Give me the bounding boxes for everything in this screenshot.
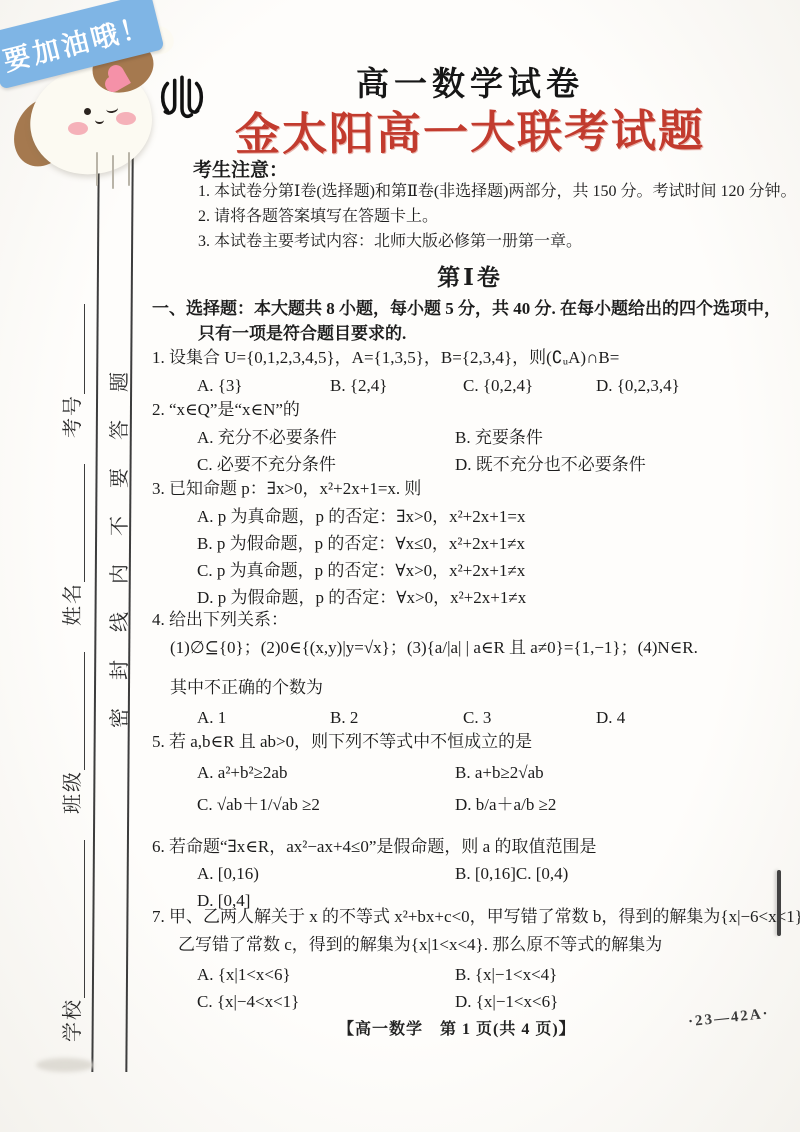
question-4-options: A. 1 B. 2 C. 3 D. 4 bbox=[197, 704, 797, 731]
section-instructions: 一、选择题：本大题共 8 小题，每小题 5 分，共 40 分. 在每小题给出的四… bbox=[152, 296, 786, 346]
question-6-stem: 6. 若命题“∃x∈R，ax²−ax+4≤0”是假命题，则 a 的取值范围是 bbox=[152, 835, 800, 859]
option-c: C. p 为真命题，p 的否定：∀x>0，x²+2x+1≠x bbox=[197, 557, 797, 584]
option-a: A. {x|1<x<6} bbox=[197, 961, 455, 988]
option-d: D. 4 bbox=[596, 704, 625, 731]
school-blank-line bbox=[64, 840, 85, 998]
question-1-options: A. {3} B. {2,4} C. {0,2,4} D. {0,2,3,4} bbox=[197, 372, 797, 399]
footer-page-label: 【高一数学 第 1 页(共 4 页)】 bbox=[338, 1016, 576, 1039]
option-d: D. 既不充分也不必要条件 bbox=[455, 451, 646, 478]
field-label-name: 姓名 bbox=[56, 582, 85, 626]
puppy-eye-icon bbox=[84, 108, 91, 115]
question-7-stem-line1: 7. 甲、乙两人解关于 x 的不等式 x²+bx+c<0，甲写错了常数 b，得到… bbox=[152, 905, 800, 929]
option-b: B. {2,4} bbox=[330, 372, 463, 399]
puppy-sticker: 要加油哦！ bbox=[0, 0, 210, 200]
question-1-stem: 1. 设集合 U={0,1,2,3,4,5}，A={1,3,5}，B={2,3,… bbox=[152, 346, 800, 370]
question-4-stem: 4. 给出下列关系： bbox=[152, 608, 800, 632]
option-b: B. 2 bbox=[330, 704, 463, 731]
question-7-stem-line2: 乙写错了常数 c，得到的解集为{x|1<x<4}. 那么原不等式的解集为 bbox=[178, 933, 800, 957]
field-label-school: 学校 bbox=[56, 998, 85, 1042]
puppy-blush bbox=[116, 112, 136, 125]
student-info-fields: 学校 班级 姓名 考号 bbox=[56, 162, 85, 1042]
option-c: C. 必要不充分条件 bbox=[197, 451, 455, 478]
puppy-blush bbox=[68, 122, 88, 135]
question-7-options: A. {x|1<x<6} B. {x|−1<x<4} C. {x|−4<x<1}… bbox=[197, 961, 797, 1015]
notice-item: 2. 请将各题答案填写在答题卡上。 bbox=[198, 204, 798, 229]
question-5-stem: 5. 若 a,b∈R 且 ab>0，则下列不等式中不恒成立的是 bbox=[152, 730, 800, 754]
puppy-mouth bbox=[95, 116, 104, 124]
notice-list: 1. 本试卷分第Ⅰ卷(选择题)和第Ⅱ卷(非选择题)两部分，共 150 分。考试时… bbox=[198, 179, 798, 254]
page-title: 金太阳高一大联考试题 bbox=[120, 93, 800, 164]
notice-item: 3. 本试卷主要考试内容：北师大版必修第一册第一章。 bbox=[198, 229, 798, 254]
option-d: D. {x|−1<x<6} bbox=[455, 988, 558, 1015]
sticker-line bbox=[96, 152, 98, 186]
option-b: B. p 为假命题，p 的否定：∀x≤0，x²+2x+1≠x bbox=[197, 530, 797, 557]
question-2-stem: 2. “x∈Q”是“x∈N”的 bbox=[152, 398, 800, 422]
class-blank-line bbox=[64, 652, 85, 770]
option-b: B. 充要条件 bbox=[455, 424, 543, 451]
option-d: D. p 为假命题，p 的否定：∀x>0，x²+2x+1≠x bbox=[197, 584, 797, 611]
option-a: A. a²+b²≥2ab bbox=[197, 757, 455, 789]
volume-title: 第Ⅰ卷 bbox=[150, 259, 790, 292]
question-2-options: A. 充分不必要条件 B. 充要条件 C. 必要不充分条件 D. 既不充分也不必… bbox=[197, 424, 797, 478]
field-label-examno: 考号 bbox=[56, 394, 85, 438]
field-label-class: 班级 bbox=[56, 770, 85, 814]
sticker-line bbox=[128, 152, 130, 186]
seal-text: 密封线内不要答题 bbox=[103, 344, 132, 728]
option-c: C. {0,2,4} bbox=[463, 372, 596, 399]
option-a: A. [0,16) bbox=[197, 860, 455, 887]
option-d: D. {0,2,3,4} bbox=[596, 372, 680, 399]
option-a: A. 充分不必要条件 bbox=[197, 424, 455, 451]
option-c: C. 3 bbox=[463, 704, 596, 731]
option-a: A. {3} bbox=[197, 372, 330, 399]
notice-item: 1. 本试卷分第Ⅰ卷(选择题)和第Ⅱ卷(非选择题)两部分，共 150 分。考试时… bbox=[198, 179, 798, 204]
exam-page: 学校 班级 姓名 考号 密封线内不要答题 高一数学试卷 金太阳高一大联考试题 考… bbox=[0, 0, 800, 1132]
sticker-line bbox=[112, 155, 114, 189]
option-a: A. p 为真命题，p 的否定：∃x>0，x²+2x+1=x bbox=[197, 503, 797, 530]
question-3-stem: 3. 已知命题 p：∃x>0，x²+2x+1=x. 则 bbox=[152, 477, 800, 501]
option-c: C. {x|−4<x<1} bbox=[197, 988, 455, 1015]
option-a: A. 1 bbox=[197, 704, 330, 731]
option-d: D. b/a＋a/b ≥2 bbox=[455, 789, 556, 821]
question-4-relations: (1)∅⊆{0}；(2)0∈{(x,y)|y=√x}；(3){a/|a| | a… bbox=[170, 636, 800, 660]
option-c: C. [0,4) bbox=[516, 860, 774, 887]
option-b: B. {x|−1<x<4} bbox=[455, 961, 557, 988]
option-c: C. √ab＋1/√ab ≥2 bbox=[197, 789, 455, 821]
photo-edge-mark bbox=[777, 870, 781, 936]
question-3-options: A. p 为真命题，p 的否定：∃x>0，x²+2x+1=x B. p 为假命题… bbox=[197, 503, 797, 611]
option-b: B. [0,16] bbox=[455, 860, 516, 887]
photo-smudge bbox=[36, 1058, 94, 1072]
name-blank-line bbox=[64, 464, 85, 582]
option-b: B. a+b≥2√ab bbox=[455, 757, 544, 789]
question-4-prompt: 其中不正确的个数为 bbox=[170, 676, 800, 700]
question-5-options: A. a²+b²≥2ab B. a+b≥2√ab C. √ab＋1/√ab ≥2… bbox=[197, 757, 797, 821]
examno-blank-line bbox=[64, 304, 85, 394]
